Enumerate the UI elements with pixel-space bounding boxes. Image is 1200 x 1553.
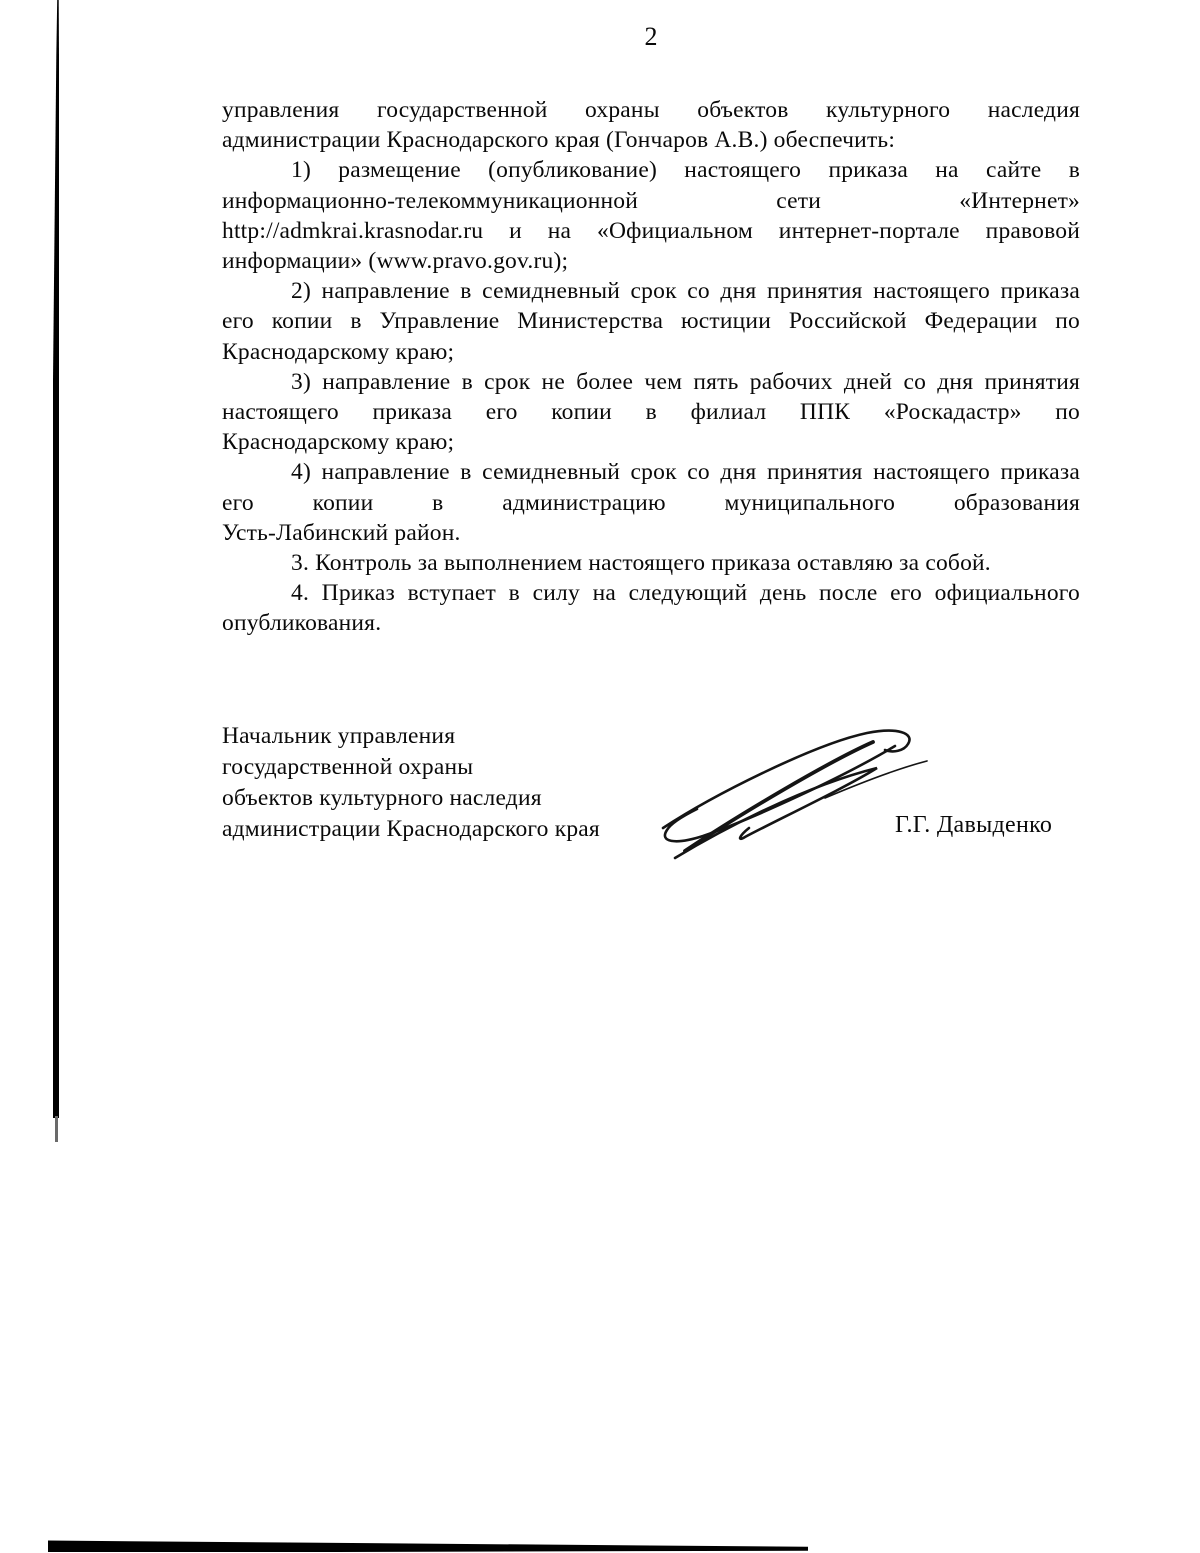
- text-line: Краснодарскому краю;: [222, 337, 1080, 367]
- scan-artifact-left-edge-line-tail: [55, 1116, 58, 1142]
- signature-title-block: Начальник управления государственной охр…: [222, 721, 682, 845]
- text-line: 4) направление в семидневный срок со дня…: [222, 457, 1080, 487]
- scanned-document-page: 2 управления государственной охраны объе…: [0, 0, 1200, 1553]
- signatory-title-line: администрации Краснодарского края: [222, 814, 682, 845]
- signatory-title-line: Начальник управления: [222, 721, 682, 752]
- text-line: администрации Краснодарского края (Гонча…: [222, 125, 1080, 155]
- text-line: 4. Приказ вступает в силу на следующий д…: [222, 578, 1080, 608]
- text-line: управления государственной охраны объект…: [222, 95, 1080, 125]
- text-line: опубликования.: [222, 608, 1080, 638]
- text-line: Усть-Лабинский район.: [222, 518, 1080, 548]
- document-body: управления государственной охраны объект…: [222, 95, 1080, 639]
- scan-artifact-bottom-bar: [48, 1539, 808, 1552]
- page-number: 2: [222, 22, 1080, 52]
- text-line: 3. Контроль за выполнением настоящего пр…: [222, 548, 1080, 578]
- text-line: 3) направление в срок не более чем пять …: [222, 367, 1080, 397]
- signatory-name: Г.Г. Давыденко: [895, 812, 1052, 839]
- text-line: информационно-телекоммуникационной сети …: [222, 186, 1080, 216]
- text-line: 1) размещение (опубликование) настоящего…: [222, 155, 1080, 185]
- text-line: настоящего приказа его копии в филиал ПП…: [222, 397, 1080, 427]
- text-line: 2) направление в семидневный срок со дня…: [222, 276, 1080, 306]
- signature-scribble: [645, 706, 935, 870]
- text-line: http://admkrai.krasnodar.ru и на «Официа…: [222, 216, 1080, 246]
- signatory-title-line: объектов культурного наследия: [222, 783, 682, 814]
- text-line: его копии в Управление Министерства юсти…: [222, 306, 1080, 336]
- signatory-title-line: государственной охраны: [222, 752, 682, 783]
- text-line: Краснодарскому краю;: [222, 427, 1080, 457]
- scan-artifact-left-edge-line: [53, 0, 59, 1118]
- text-line: информации» (www.pravo.gov.ru);: [222, 246, 1080, 276]
- text-line: его копии в администрацию муниципального…: [222, 488, 1080, 518]
